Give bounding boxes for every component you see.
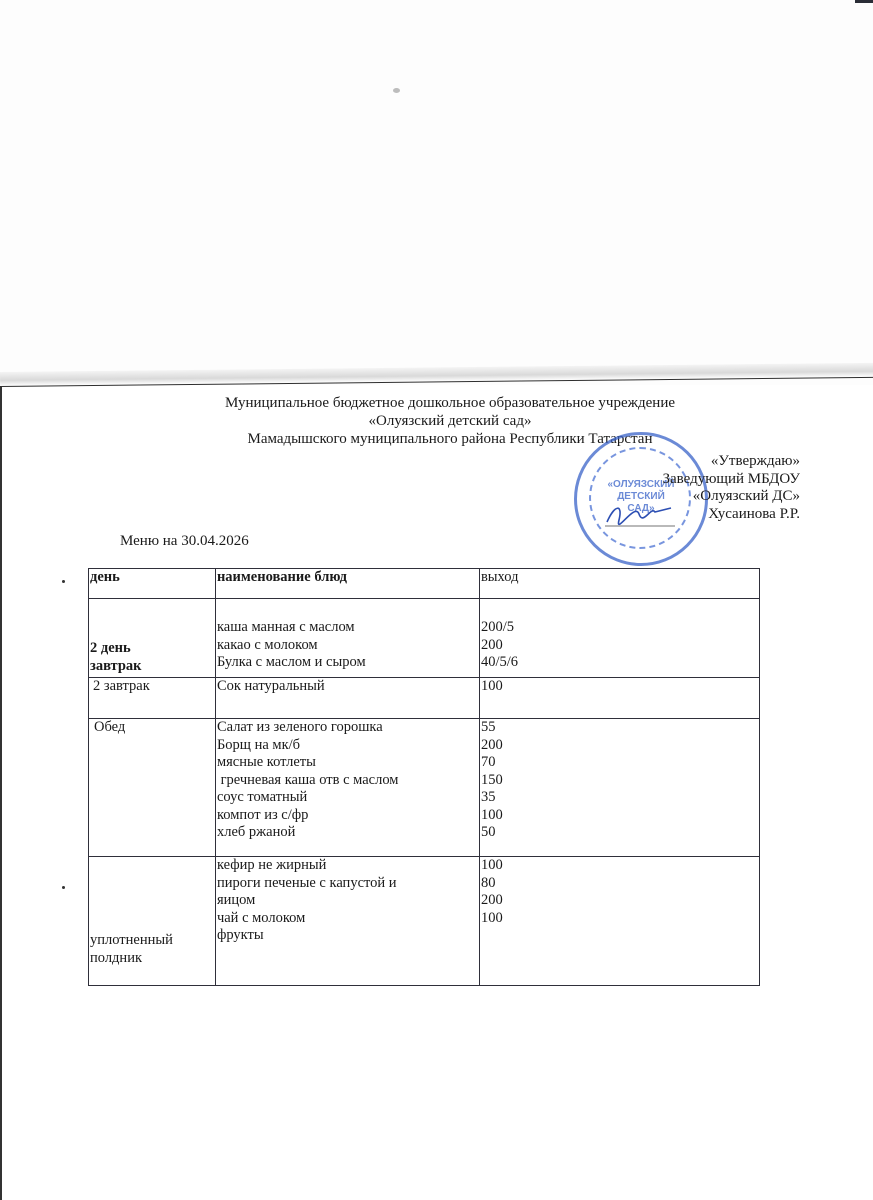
portion-value: 40/5/6 — [481, 654, 759, 672]
header-line-2: «Олуязский детский сад» — [150, 412, 750, 430]
dish-item: пироги печеные с капустой и — [217, 875, 479, 893]
dish-item: какао с молоком — [217, 637, 479, 655]
portion-value: 200 — [481, 637, 759, 655]
portion-value: 55 — [481, 719, 759, 737]
scanner-blank-area — [0, 0, 873, 385]
meal-label: 2 день завтрак — [89, 599, 216, 678]
table-row-lunch: Обед Салат из зеленого горошка Борщ на м… — [89, 719, 760, 857]
dish-item: мясные котлеты — [217, 754, 479, 772]
approval-line-1: «Утверждаю» — [600, 453, 800, 471]
dish-item: яицом — [217, 892, 479, 910]
portion-value: 35 — [481, 789, 759, 807]
approval-line-3: «Олуязский ДС» — [600, 488, 800, 506]
portion-list: 100 80 200 100 — [479, 857, 759, 986]
approval-line-2: Заведующий МБДОУ — [600, 471, 800, 489]
table-row-breakfast: 2 день завтрак каша манная с маслом кака… — [89, 599, 760, 678]
portion-list: 200/5 200 40/5/6 — [479, 599, 759, 678]
dish-list: Салат из зеленого горошка Борщ на мк/б м… — [215, 719, 479, 857]
portion-value: 200/5 — [481, 619, 759, 637]
dish-item: Сок натуральный — [215, 678, 479, 719]
dish-item: фрукты — [217, 927, 479, 945]
dish-item: соус томатный — [217, 789, 479, 807]
portion-value: 80 — [481, 875, 759, 893]
meal-label: уплотненный полдник — [89, 857, 216, 986]
portion-value: 200 — [481, 892, 759, 910]
portion-value: 100 — [481, 910, 759, 928]
approval-line-4: Хусаинова Р.Р. — [600, 506, 800, 524]
column-header-portion: выход — [479, 569, 759, 599]
table-header-row: день наименование блюд выход — [89, 569, 760, 599]
scan-artifact — [62, 580, 65, 583]
dish-item: чай с молоком — [217, 910, 479, 928]
menu-title: Меню на 30.04.2026 — [120, 533, 249, 550]
meal-label-text: 2 день завтрак — [90, 640, 215, 675]
portion-value: 100 — [481, 857, 759, 875]
dish-item: гречневая каша отв с маслом — [217, 772, 479, 790]
scan-artifact — [62, 886, 65, 889]
dish-list: кефир не жирный пироги печеные с капусто… — [215, 857, 479, 986]
scan-artifact — [393, 88, 400, 93]
portion-value: 150 — [481, 772, 759, 790]
dish-item: каша манная с маслом — [217, 619, 479, 637]
meal-label: Обед — [89, 719, 216, 857]
dish-item: кефир не жирный — [217, 857, 479, 875]
dish-item: Борщ на мк/б — [217, 737, 479, 755]
dish-item: хлеб ржаной — [217, 824, 479, 842]
meal-label-text: уплотненный полдник — [90, 932, 215, 967]
table-row-afternoon-snack: уплотненный полдник кефир не жирный пиро… — [89, 857, 760, 986]
portion-value: 50 — [481, 824, 759, 842]
column-header-day: день — [89, 569, 216, 599]
menu-table: день наименование блюд выход 2 день завт… — [88, 568, 760, 986]
paper-left-edge — [0, 386, 2, 1200]
scan-edge — [855, 0, 873, 3]
table-row-second-breakfast: 2 завтрак Сок натуральный 100 — [89, 678, 760, 719]
portion-list: 55 200 70 150 35 100 50 — [479, 719, 759, 857]
dish-item: компот из с/фр — [217, 807, 479, 825]
dish-item: Салат из зеленого горошка — [217, 719, 479, 737]
meal-label: 2 завтрак — [89, 678, 216, 719]
dish-item: Булка с маслом и сыром — [217, 654, 479, 672]
portion-value: 70 — [481, 754, 759, 772]
column-header-dish: наименование блюд — [215, 569, 479, 599]
header-line-1: Муниципальное бюджетное дошкольное образ… — [150, 394, 750, 412]
portion-value: 100 — [481, 807, 759, 825]
dish-list: каша манная с маслом какао с молоком Бул… — [215, 599, 479, 678]
portion-value: 200 — [481, 737, 759, 755]
portion-value: 100 — [479, 678, 759, 719]
approval-block: «Утверждаю» Заведующий МБДОУ «Олуязский … — [600, 453, 800, 523]
